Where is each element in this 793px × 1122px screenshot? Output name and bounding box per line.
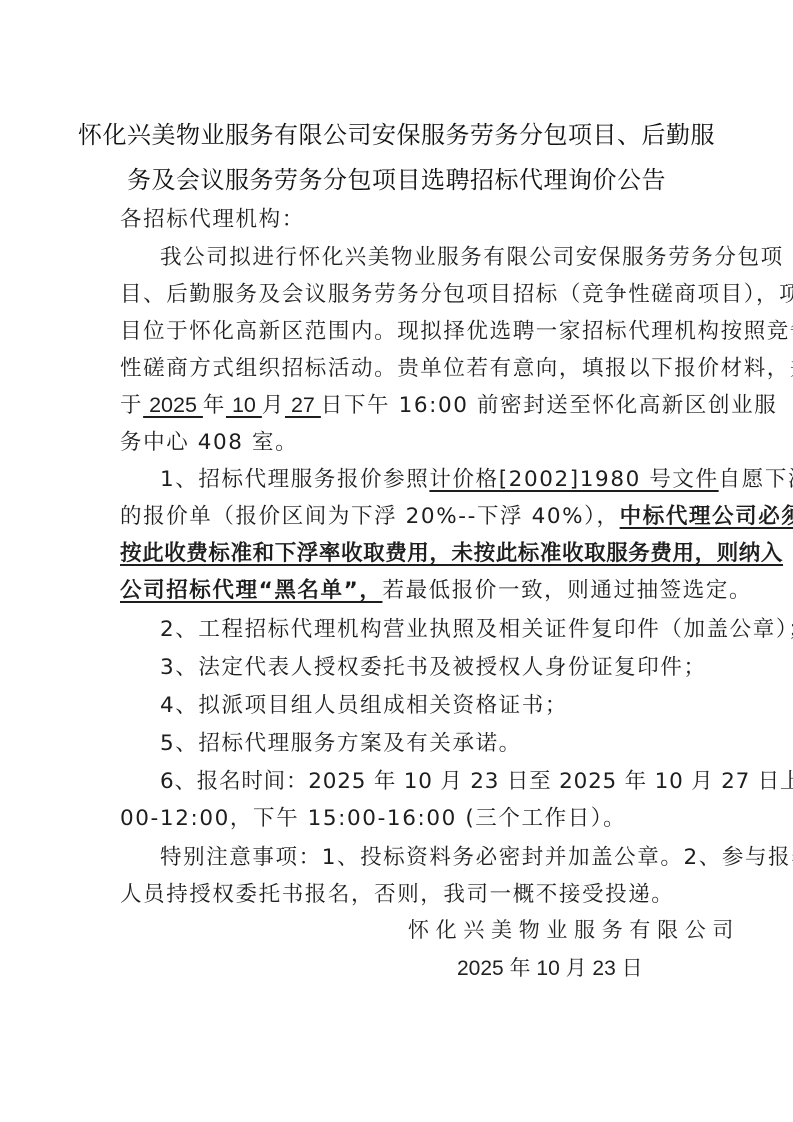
signature-date: 2025 年 10 月 23 日 bbox=[457, 952, 643, 982]
blacklist-warning-1: 中标代理公司必须 bbox=[620, 504, 793, 529]
item-1-line-1: 1、招标代理服务报价参照计价格[2002]1980 号文件自愿下浮后 bbox=[160, 462, 720, 493]
document-title-line-1: 怀化兴美物业服务有限公司安保服务劳务分包项目、后勤服 bbox=[0, 115, 793, 150]
blacklist-warning-3: 公司招标代理“黑名单”， bbox=[120, 578, 382, 603]
item-4: 4、拟派项目组人员组成相关资格证书； bbox=[160, 688, 720, 719]
item-1-line-3: 按此收费标准和下浮率收取费用，未按此标准收取服务费用，则纳入 bbox=[120, 536, 680, 567]
item-5: 5、招标代理服务方案及有关承诺。 bbox=[160, 726, 720, 757]
lottery-text: 若最低报价一致，则通过抽签选定。 bbox=[382, 578, 752, 603]
item-3: 3、法定代表人授权委托书及被授权人身份证复印件； bbox=[160, 650, 720, 681]
intro-line-2: 目、后勤服务及会议服务劳务分包项目招标（竞争性磋商项目），项 bbox=[120, 277, 680, 308]
salutation: 各招标代理机构： bbox=[120, 202, 680, 233]
notice-line-2: 人员持授权委托书报名，否则，我司一概不接受投递。 bbox=[120, 877, 680, 908]
signature-company: 怀 化 兴 美 物 业 服 务 有 限 公 司 bbox=[408, 914, 733, 944]
deadline-day: 27 bbox=[285, 393, 321, 417]
item-1-prefix: 1、招标代理服务报价参照 bbox=[160, 467, 429, 492]
intro-line-5-suffix: 日下午 16:00 前密封送至怀化高新区创业服 bbox=[321, 393, 777, 418]
document-title-line-2: 务及会议服务劳务分包项目选聘招标代理询价公告 bbox=[0, 160, 793, 195]
deadline-month: 10 bbox=[226, 393, 262, 417]
intro-line-5: 于 2025 年 10 月 27 日下午 16:00 前密封送至怀化高新区创业服 bbox=[120, 388, 680, 419]
item-2: 2、工程招标代理机构营业执照及相关证件复印件（加盖公章）； bbox=[160, 612, 720, 643]
price-reference-document: 计价格[2002]1980 号文件 bbox=[429, 467, 718, 492]
item-1-line-4: 公司招标代理“黑名单”，若最低报价一致，则通过抽签选定。 bbox=[120, 573, 680, 604]
item-1-line-2: 的报价单（报价区间为下浮 20%--下浮 40%），中标代理公司必须 bbox=[120, 499, 680, 530]
item-6-line-2: 00-12:00，下午 15:00-16:00 (三个工作日）。 bbox=[120, 801, 680, 832]
document-page: 怀化兴美物业服务有限公司安保服务劳务分包项目、后勤服 务及会议服务劳务分包项目选… bbox=[0, 0, 793, 1122]
intro-line-4: 性磋商方式组织招标活动。贵单位若有意向，填报以下报价材料，并 bbox=[120, 351, 680, 382]
month-label: 月 bbox=[262, 393, 285, 418]
item-1-suffix: 自愿下浮后 bbox=[719, 467, 793, 492]
intro-line-1: 我公司拟进行怀化兴美物业服务有限公司安保服务劳务分包项 bbox=[160, 240, 720, 271]
blacklist-warning-2: 按此收费标准和下浮率收取费用，未按此标准收取服务费用，则纳入 bbox=[120, 541, 783, 566]
intro-line-3: 目位于怀化高新区范围内。现拟择优选聘一家招标代理机构按照竞争 bbox=[120, 314, 680, 345]
price-range-text: 的报价单（报价区间为下浮 20%--下浮 40%）， bbox=[120, 504, 620, 529]
intro-line-6: 务中心 408 室。 bbox=[120, 425, 680, 456]
deadline-year: 2025 bbox=[143, 393, 203, 417]
year-label: 年 bbox=[203, 393, 226, 418]
item-6-line-1: 6、报名时间：2025 年 10 月 23 日至 2025 年 10 月 27 … bbox=[160, 764, 720, 795]
notice-line-1: 特别注意事项：1、投标资料务必密封并加盖公章。2、参与报名 bbox=[160, 840, 720, 871]
intro-line-5-prefix: 于 bbox=[120, 393, 143, 418]
